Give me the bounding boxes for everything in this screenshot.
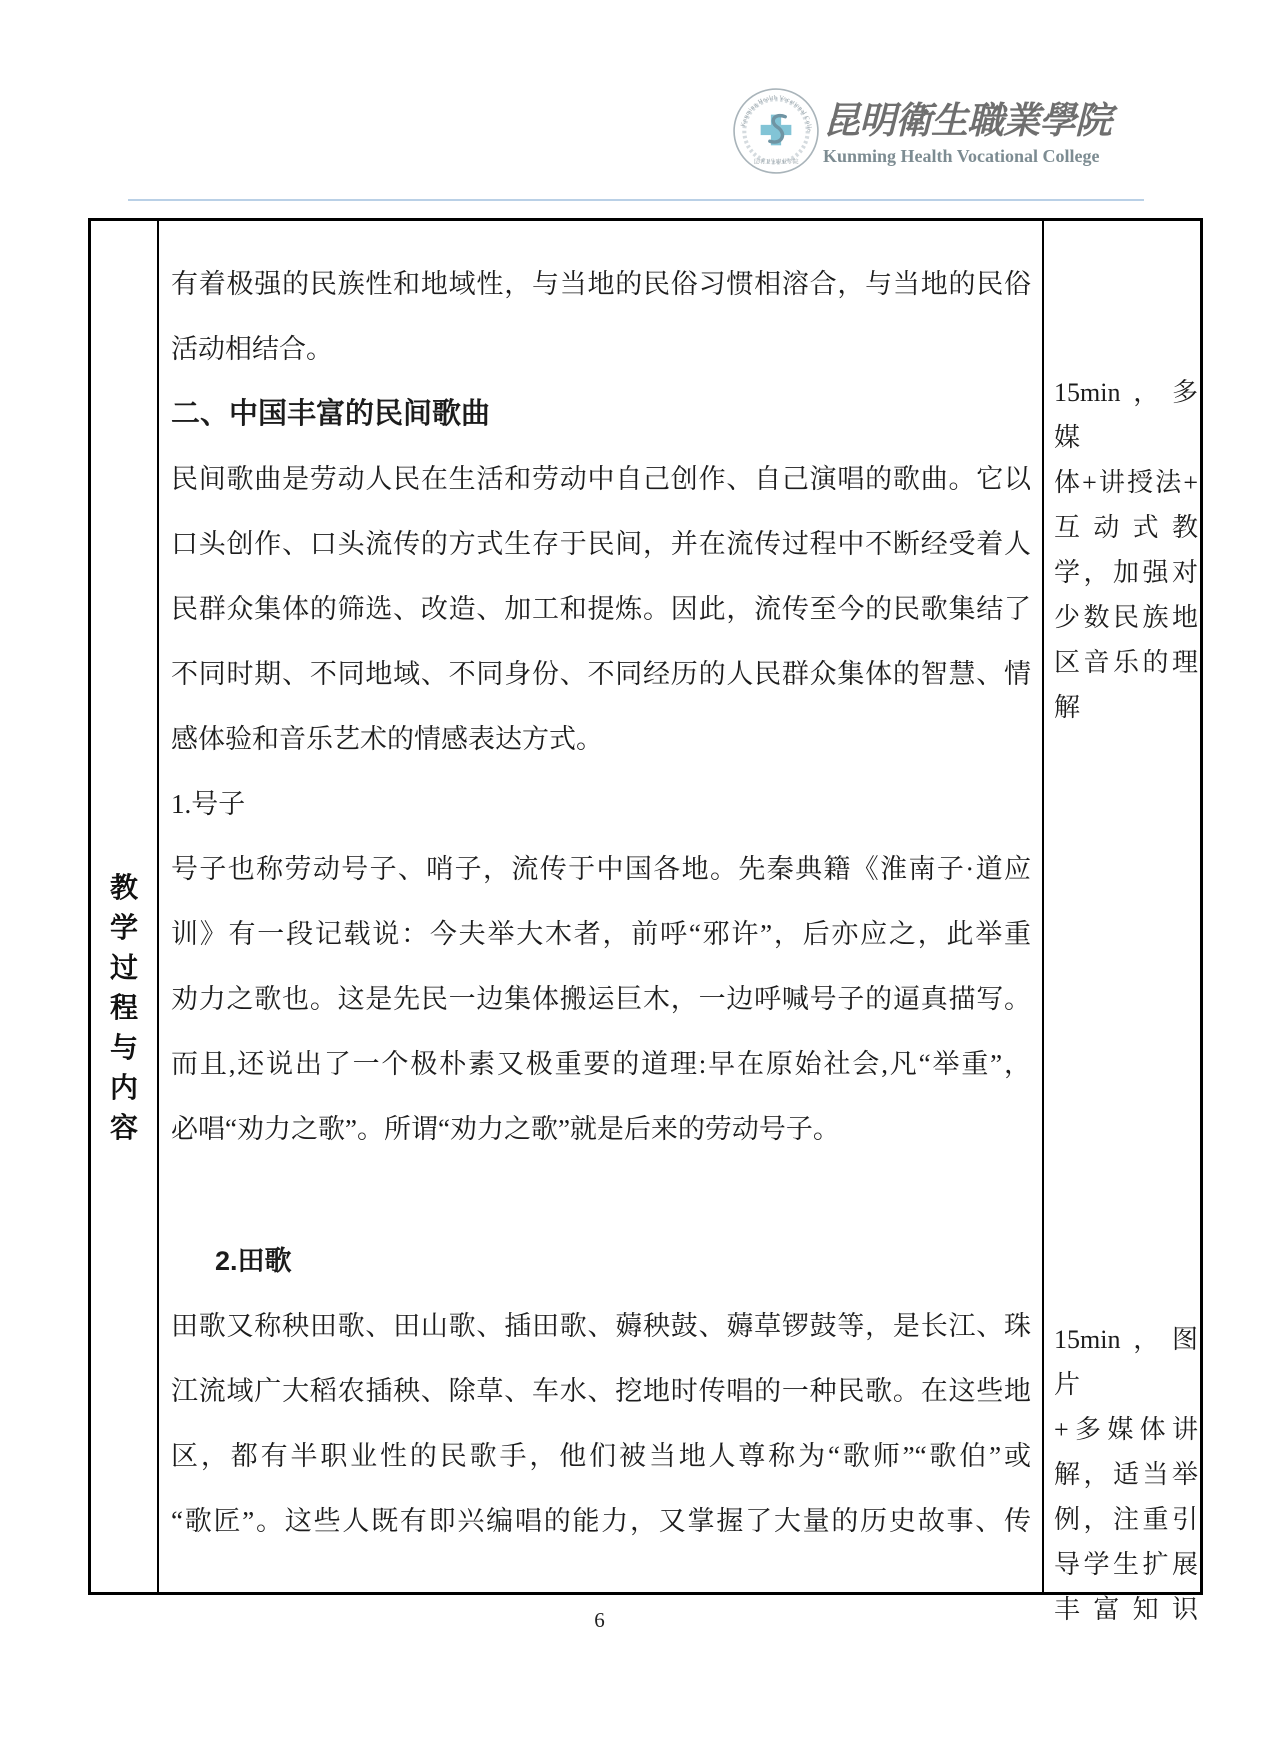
note-line: 区音乐的理 (1054, 640, 1198, 685)
content-line: 民间歌曲是劳动人民在生活和劳动中自己创作、自己演唱的歌曲。它以 (171, 447, 1031, 512)
content-line: 口头创作、口头流传的方式生存于民间，并在流传过程中不断经受着人 (171, 512, 1031, 577)
content-line: 劝力之歌也。这是先民一边集体搬运巨木，一边呼喊号子的逼真描写。 (171, 967, 1031, 1032)
row-label-char: 学 (91, 908, 157, 948)
document-page: Kunming Health Vocational College 昆明卫生职业… (0, 0, 1271, 1763)
note-line: 少数民族地 (1054, 595, 1198, 640)
content-line: 田歌又称秧田歌、田山歌、插田歌、薅秧鼓、薅草锣鼓等，是长江、珠 (171, 1294, 1031, 1359)
note-line: 例，注重引 (1054, 1497, 1198, 1542)
row-label-char: 容 (91, 1108, 157, 1148)
note-line: 15min，多媒 (1054, 370, 1198, 460)
content-lines: 有着极强的民族性和地域性，与当地的民俗习惯相溶合，与当地的民俗活动相结合。二、中… (171, 252, 1031, 1554)
note-line: 导学生扩展 (1054, 1542, 1198, 1587)
note-line: 15min，图片 (1054, 1317, 1198, 1407)
table-divider-left (157, 221, 159, 1592)
note-line: 丰富知识 (1054, 1587, 1198, 1632)
content-line: 而且,还说出了一个极朴素又极重要的道理:早在原始社会,凡“举重”， (171, 1032, 1031, 1097)
college-logo-seal: Kunming Health Vocational College 昆明卫生职业… (731, 86, 821, 176)
note-line: 体+讲授法+ (1054, 460, 1198, 505)
table-divider-right (1042, 221, 1044, 1592)
note-line: +多媒体讲 (1054, 1407, 1198, 1452)
page-number: 6 (157, 1608, 1042, 1633)
note-line: 学，加强对 (1054, 550, 1198, 595)
row-label-teaching-process: 教学过程与内容 (91, 868, 157, 1148)
content-line: 不同时期、不同地域、不同身份、不同经历的人民群众集体的智慧、情 (171, 642, 1031, 707)
note-line: 解 (1054, 685, 1198, 730)
note-block-1: 15min，多媒体+讲授法+互动式教学，加强对少数民族地区音乐的理解 (1054, 370, 1198, 730)
row-label-char: 与 (91, 1028, 157, 1068)
college-name-english: Kunming Health Vocational College (823, 144, 1095, 168)
content-line: 活动相结合。 (171, 317, 1031, 382)
row-label-char: 程 (91, 988, 157, 1028)
content-line: 江流域广大稻农插秧、除草、车水、挖地时传唱的一种民歌。在这些地 (171, 1359, 1031, 1424)
content-line: 必唱“劝力之歌”。所谓“劝力之歌”就是后来的劳动号子。 (171, 1097, 1031, 1162)
logo-seal-text: 昆明卫生职业学院 (754, 158, 799, 166)
content-line: 区，都有半职业性的民歌手，他们被当地人尊称为“歌师”“歌伯”或 (171, 1424, 1031, 1489)
header-divider-rule (128, 199, 1144, 201)
row-label-char: 过 (91, 948, 157, 988)
college-name-chinese: 昆明衛生職業學院 (823, 96, 1095, 144)
content-line: 训》有一段记载说：今夫举大木者，前呼“邪许”，后亦应之，此举重 (171, 902, 1031, 967)
content-line: 感体验和音乐艺术的情感表达方式。 (171, 707, 1031, 772)
content-line: 二、中国丰富的民间歌曲 (171, 382, 1031, 447)
content-line: 1.号子 (171, 772, 1031, 837)
content-line: “歌匠”。这些人既有即兴编唱的能力，又掌握了大量的历史故事、传 (171, 1489, 1031, 1554)
content-line: 2.田歌 (171, 1229, 1031, 1294)
content-line: 号子也称劳动号子、哨子，流传于中国各地。先秦典籍《淮南子·道应 (171, 837, 1031, 902)
content-line: 有着极强的民族性和地域性，与当地的民俗习惯相溶合，与当地的民俗 (171, 252, 1031, 317)
content-line: 民群众集体的筛选、改造、加工和提炼。因此，流传至今的民歌集结了 (171, 577, 1031, 642)
row-label-char: 内 (91, 1068, 157, 1108)
note-block-2: 15min，图片+多媒体讲解，适当举例，注重引导学生扩展丰富知识 (1054, 1317, 1198, 1632)
lesson-plan-table: 教学过程与内容 有着极强的民族性和地域性，与当地的民俗习惯相溶合，与当地的民俗活… (88, 218, 1203, 1595)
note-line: 解，适当举 (1054, 1452, 1198, 1497)
note-line: 互动式教 (1054, 505, 1198, 550)
row-label-char: 教 (91, 868, 157, 908)
